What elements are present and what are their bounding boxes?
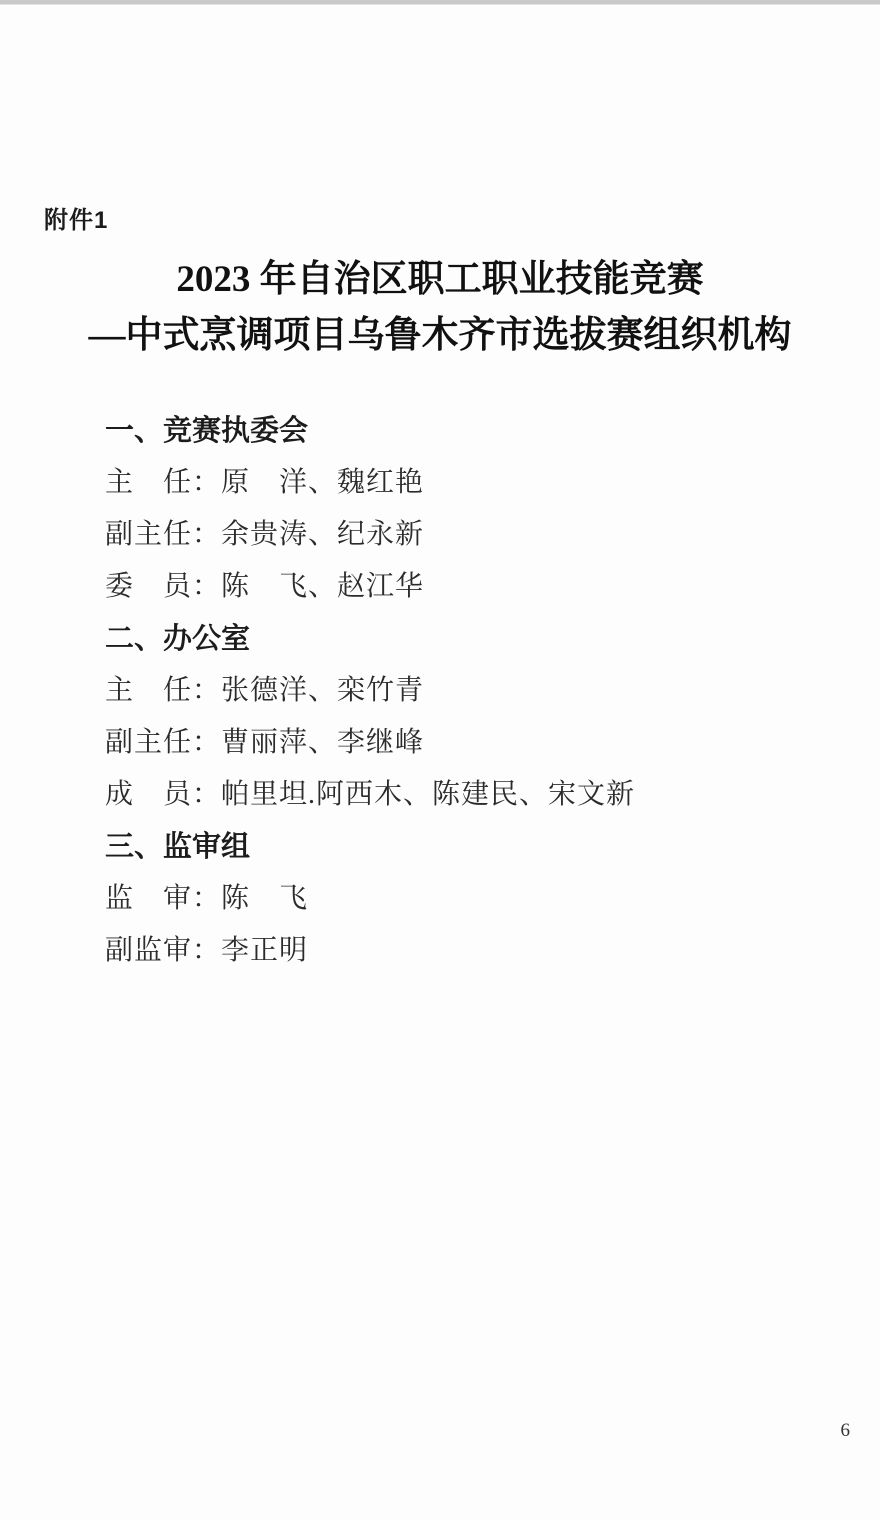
document-title-line-2: —中式烹调项目乌鲁木齐市选拔赛组织机构: [30, 304, 850, 358]
role-label: 副监审：: [105, 935, 221, 966]
section-heading-supervision: 三、监审组: [105, 821, 830, 873]
org-line: 副主任：余贵涛、纪永新: [105, 509, 830, 561]
page-number: 6: [841, 1420, 851, 1442]
names-text: 原 洋、魏红艳: [221, 467, 424, 498]
org-line: 副主任：曹丽萍、李继峰: [105, 717, 830, 769]
role-label: 副主任：: [105, 519, 221, 550]
org-line: 主 任：张德洋、栾竹青: [105, 665, 830, 717]
org-line: 监 审：陈 飞: [105, 873, 830, 925]
document-title-line-1: 2023 年自治区职工职业技能竞赛: [30, 248, 850, 302]
role-label: 副主任：: [105, 727, 221, 758]
names-text: 李正明: [221, 935, 308, 966]
section-heading-office: 二、办公室: [105, 613, 830, 665]
org-line: 委 员：陈 飞、赵江华: [105, 561, 830, 613]
role-label: 主 任：: [105, 675, 221, 706]
names-text: 陈 飞、赵江华: [221, 571, 424, 602]
names-text: 曹丽萍、李继峰: [221, 727, 424, 758]
names-text: 陈 飞: [221, 883, 308, 914]
org-line: 主 任：原 洋、魏红艳: [105, 457, 830, 509]
section-heading-committee: 一、竞赛执委会: [105, 405, 830, 457]
org-line: 成 员：帕里坦.阿西木、陈建民、宋文新: [105, 769, 830, 821]
attachment-label: 附件1: [44, 200, 108, 235]
role-label: 主 任：: [105, 467, 221, 498]
names-text: 帕里坦.阿西木、陈建民、宋文新: [221, 779, 635, 810]
names-text: 余贵涛、纪永新: [221, 519, 424, 550]
role-label: 委 员：: [105, 571, 221, 602]
role-label: 监 审：: [105, 883, 221, 914]
top-edge-strip: [0, 0, 880, 5]
role-label: 成 员：: [105, 779, 221, 810]
names-text: 张德洋、栾竹青: [221, 675, 424, 706]
document-body: 一、竞赛执委会 主 任：原 洋、魏红艳 副主任：余贵涛、纪永新 委 员：陈 飞、…: [105, 405, 830, 977]
org-line: 副监审：李正明: [105, 925, 830, 977]
